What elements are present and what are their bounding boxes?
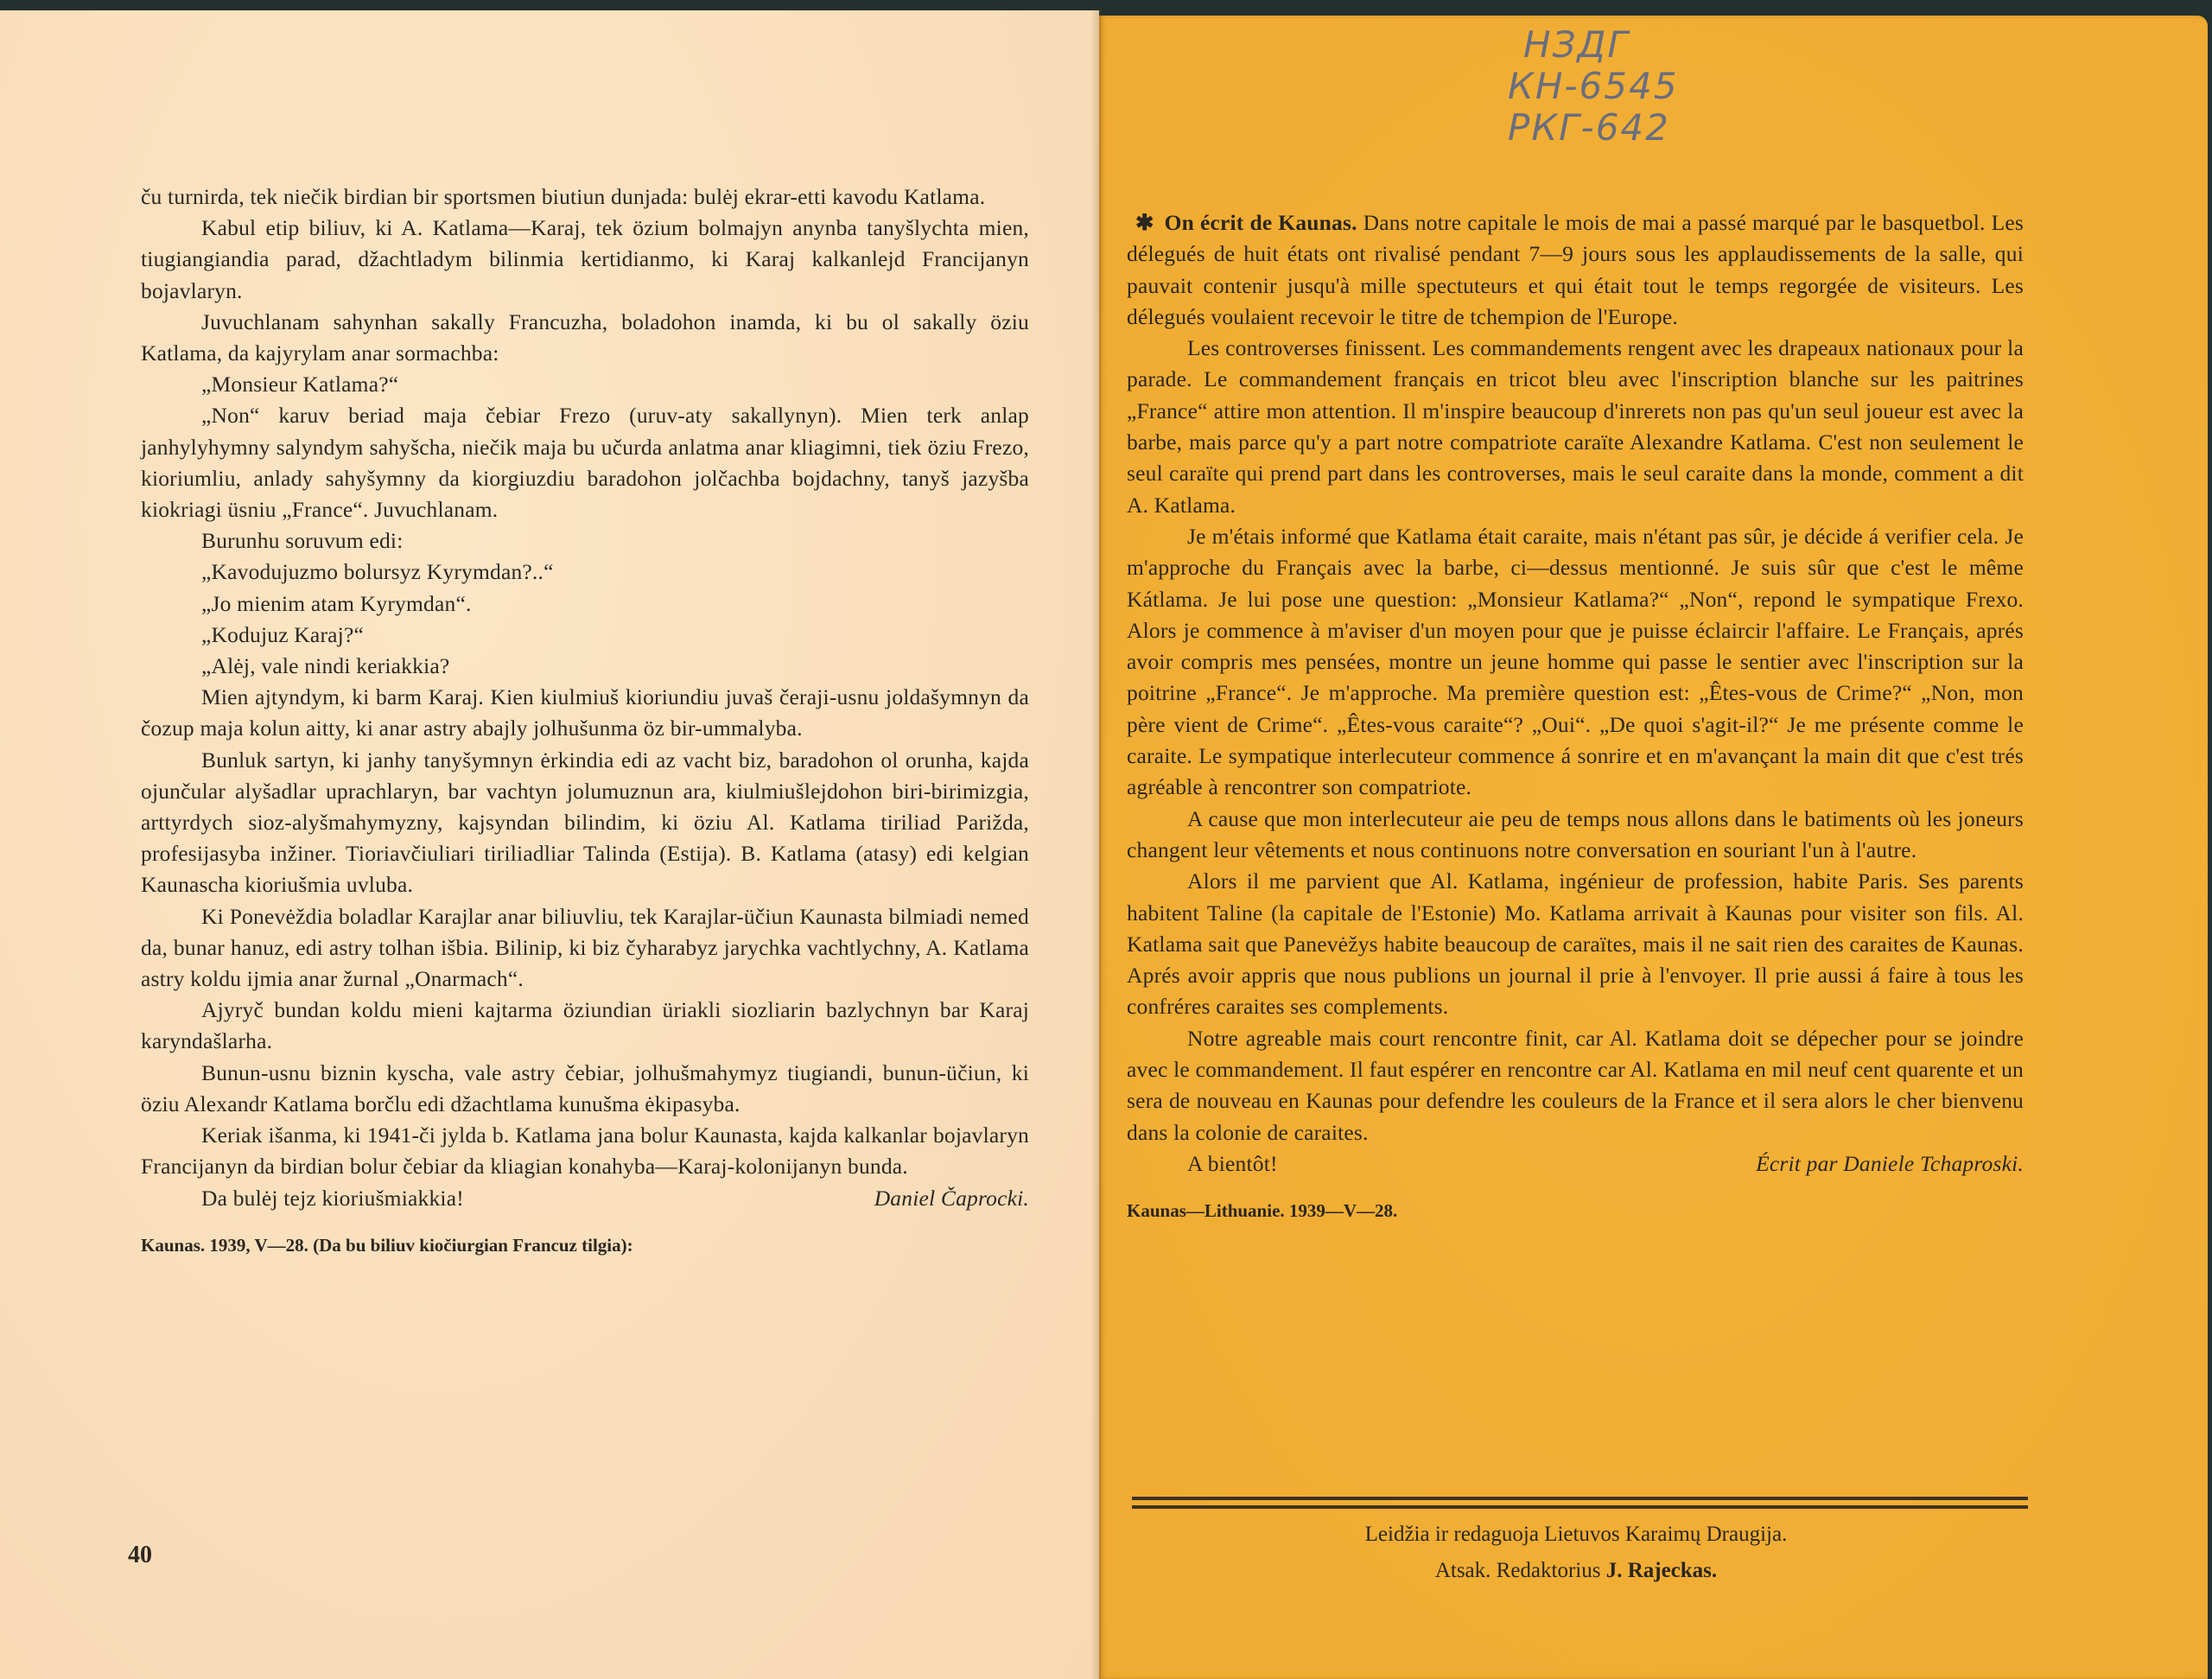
double-rule-bottom [1132, 1505, 2028, 1509]
left-dateline: Kaunas. 1939, V—28. (Da bu biliuv kiočiu… [141, 1230, 1029, 1261]
left-closing-row: Da bulėj tejz kioriušmiakkia! Daniel Čap… [141, 1183, 1029, 1214]
left-paragraph: „Monsieur Katlama?“ [141, 369, 1029, 400]
right-dateline: Kaunas—Lithuanie. 1939—V—28. [1127, 1195, 2024, 1226]
right-paragraphs: ✱On écrit de Kaunas. Dans notre capitale… [1127, 207, 2024, 1148]
left-paragraph: Kabul etip biliuv, ki A. Katlama—Karaj, … [141, 213, 1029, 307]
right-paragraph: Je m'étais informé que Katlama était car… [1127, 521, 2024, 804]
left-paragraph: Keriak išanma, ki 1941-či jylda b. Katla… [141, 1120, 1029, 1182]
left-paragraph: Burunhu soruvum edi: [141, 525, 1029, 556]
left-paragraph: „Kodujuz Karaj?“ [141, 620, 1029, 651]
catalog-mark-3: РКГ-642 [1508, 107, 1678, 149]
left-paragraph: „Alėj, vale nindi keriakkia? [141, 651, 1029, 682]
article-title: On écrit de Kaunas. [1165, 210, 1363, 235]
catalog-mark-1: НЗДГ [1508, 24, 1678, 66]
handwritten-catalog-marks: НЗДГ КН-6545 РКГ-642 [1508, 24, 1678, 149]
left-paragraph: Bunun-usnu biznin kyscha, vale astry čeb… [141, 1058, 1029, 1120]
double-rule-top [1132, 1497, 2028, 1500]
right-signature: Écrit par Daniele Tchaproski. [1756, 1148, 2024, 1180]
editor-name: J. Rajeckas. [1606, 1559, 1717, 1582]
left-paragraph: Ajyryč bundan koldu mieni kajtarma öziun… [141, 995, 1029, 1057]
left-paragraph: „Jo mienim atam Kyrymdan“. [141, 588, 1029, 620]
french-article: ✱On écrit de Kaunas. Dans notre capitale… [1127, 207, 2024, 1245]
asterisk-icon: ✱ [1135, 210, 1154, 235]
publisher-line: Leidžia ir redaguoja Lietuvos Karaimų Dr… [1127, 1517, 2025, 1552]
left-signature: Daniel Čaprocki. [874, 1183, 1029, 1214]
left-paragraph: „Non“ karuv beriad maja čebiar Frezo (ur… [141, 400, 1029, 525]
catalog-mark-2: КН-6545 [1508, 66, 1678, 107]
left-paragraphs: ču turnirda, tek niečik birdian bir spor… [141, 181, 1029, 1183]
right-paragraph: Les controverses finissent. Les commande… [1127, 333, 2024, 521]
page-number: 40 [128, 1542, 152, 1569]
left-paragraph: ču turnirda, tek niečik birdian bir spor… [141, 181, 1029, 213]
left-paragraph: „Kavodujuzmo bolursyz Kyrymdan?..“ [141, 556, 1029, 588]
left-paragraph: Ki Ponevėždia boladlar Karajlar anar bil… [141, 901, 1029, 995]
left-paragraph: Mien ajtyndym, ki barm Karaj. Kien kiulm… [141, 682, 1029, 744]
editor-line: Atsak. Redaktorius J. Rajeckas. [1127, 1554, 2025, 1588]
editor-prefix: Atsak. Redaktorius [1435, 1559, 1601, 1582]
book-gutter [1090, 10, 1101, 1679]
right-closing: A bientôt! [1187, 1148, 1278, 1180]
left-paragraph: Juvuchlanam sahynhan sakally Francuzha, … [141, 307, 1029, 369]
karaim-article: ču turnirda, tek niečik birdian bir spor… [141, 181, 1029, 1279]
right-paragraph: A cause que mon interlecuteur aie peu de… [1127, 804, 2024, 867]
right-paragraph: Notre agreable mais court rencontre fini… [1127, 1023, 2024, 1148]
right-closing-row: A bientôt! Écrit par Daniele Tchaproski. [1127, 1148, 2024, 1180]
right-paragraph: Alors il me parvient que Al. Katlama, in… [1127, 866, 2024, 1022]
right-paragraph: ✱On écrit de Kaunas. Dans notre capitale… [1127, 207, 2024, 333]
left-paragraph: Bunluk sartyn, ki janhy tanyšymnyn ėrkin… [141, 745, 1029, 901]
left-closing: Da bulėj tejz kioriušmiakkia! [201, 1183, 464, 1214]
